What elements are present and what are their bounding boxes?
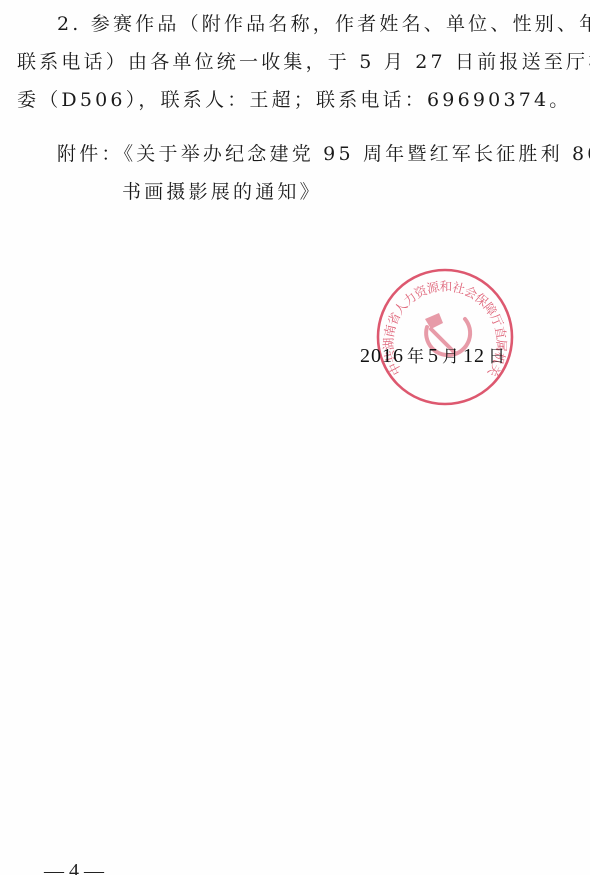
date-day: 12	[463, 345, 485, 367]
date-month: 5	[428, 345, 439, 367]
attachment-line-2: 书画摄影展的通知》	[122, 180, 322, 204]
date-day-unit: 日	[485, 347, 509, 367]
document-page: 2. 参赛作品（附作品名称，作者姓名、单位、性别、年龄、 联系电话）由各单位统一…	[0, 0, 590, 875]
date-month-unit: 月	[439, 347, 463, 367]
date-year-unit: 年	[404, 347, 428, 367]
attachment-title-part-1: 《关于举办纪念建党 95 周年暨红军长征胜利 80 周年	[124, 143, 590, 165]
attachment-line-1: 附件：《关于举办纪念建党 95 周年暨红军长征胜利 80 周年	[57, 142, 590, 166]
document-date: 2016年5月12日	[360, 342, 509, 368]
page-number: — 4 —	[44, 860, 104, 875]
paragraph-line-3: 委（D506），联系人：王超；联系电话：69690374。	[17, 88, 572, 112]
date-year: 2016	[360, 345, 404, 367]
attachment-label: 附件：	[57, 143, 124, 165]
paragraph-line-1: 2. 参赛作品（附作品名称，作者姓名、单位、性别、年龄、	[57, 12, 590, 36]
paragraph-line-2: 联系电话）由各单位统一收集，于 5 月 27 日前报送至厅机关党	[17, 50, 590, 74]
official-seal-icon: 中共湖南省人力资源和社会保障厅直属机关委员会	[375, 267, 515, 407]
